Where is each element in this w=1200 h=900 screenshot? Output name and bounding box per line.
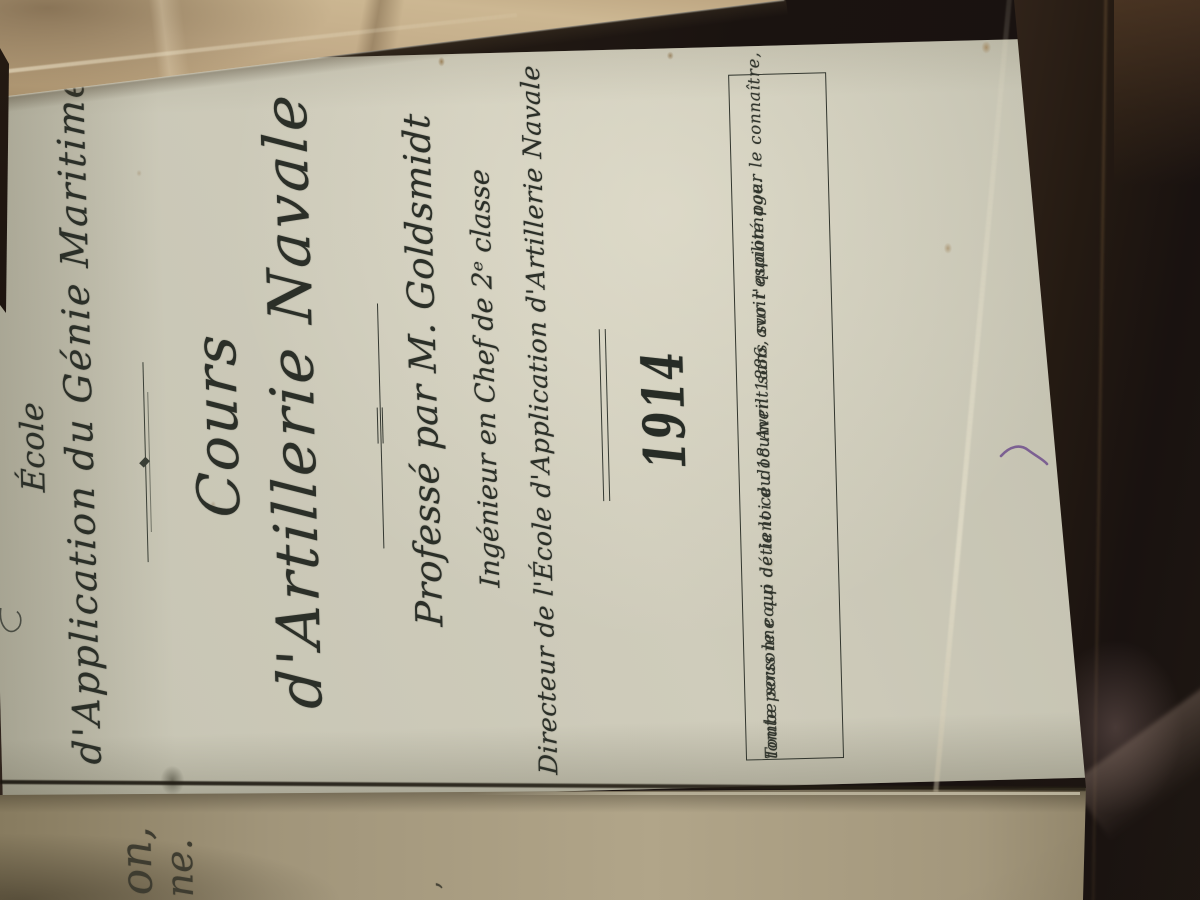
notice-line2: tombe sous le coup de la loi du 18 Avril… — [741, 177, 787, 759]
cover-text-fragment: on, — [110, 826, 163, 896]
photo-of-book-title-page: École d'Application du Génie Maritime Co… — [0, 0, 1200, 900]
espionage-law-notice-box: Toute personne qui détient ce document s… — [728, 72, 844, 760]
background-light-strip — [1114, 0, 1200, 185]
author-line: Professé par M. Goldsmidt — [395, 112, 451, 627]
school-name-line1: École — [12, 401, 52, 492]
title-divider — [374, 303, 389, 548]
page-bottom-edge-highlight — [470, 792, 1080, 795]
ink-flourish-mark — [0, 603, 27, 638]
school-name-line2: d'Application du Génie Maritime — [48, 73, 110, 765]
author-title-line: Directeur de l'École d'Application d'Art… — [516, 64, 565, 775]
title-page: École d'Application du Génie Maritime Co… — [0, 38, 1093, 806]
purple-pen-mark — [998, 440, 1050, 470]
underlying-book-cover: on, ne. ’ — [0, 788, 1086, 900]
cover-text-fragment: ’ — [432, 881, 462, 890]
publication-year: 1914 — [629, 349, 699, 470]
course-title-line2: d'Artillerie Navale — [250, 90, 336, 710]
course-title-line1: Cours — [181, 331, 254, 519]
year-divider — [599, 329, 611, 501]
divider-center-double-rule — [377, 408, 384, 444]
author-rank-line: Ingénieur en Chef de 2ᵉ classe — [464, 168, 506, 588]
ornamental-divider — [134, 362, 157, 562]
cover-text-fragment: ne. — [156, 838, 202, 898]
